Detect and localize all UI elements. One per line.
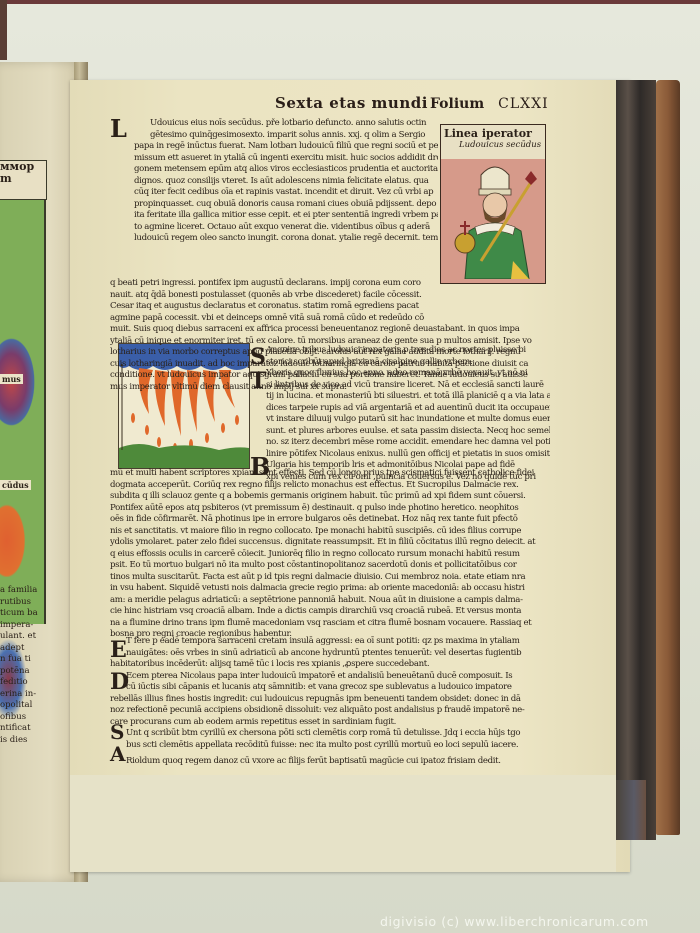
text-line: cūq iter fecit cedibus oīa et rapinis va…: [134, 187, 438, 199]
left-label-2: mus: [0, 374, 23, 384]
text-line: a familia: [0, 585, 40, 597]
running-head: Sexta etas mundi: [275, 94, 428, 112]
text-line: Yberis quoq fluuius hoc anno. adeo roman…: [266, 368, 550, 380]
folio-number: CLXXI: [498, 96, 548, 112]
text-line: rutibus: [0, 597, 40, 609]
text-line: ticum ba: [0, 608, 40, 620]
left-caption-line: ммор: [0, 161, 46, 173]
text-line: nis et sanctitatis. vt maiore filio in r…: [110, 526, 550, 538]
text-block-ludovicus: Udouicus eius noīs secūdus. pře lotbario…: [134, 118, 438, 245]
text-line: tij in lucina. et monasteriū bti siluest…: [266, 391, 550, 403]
text-line: fedıtio: [0, 677, 40, 689]
text-line: dignos. quoz consilijs vteret. Is aūt ad…: [134, 176, 438, 188]
text-line: nauit. atq q̄dā bonesti postulasset (quo…: [110, 290, 438, 302]
text-line: nauigātes: oēs vrbes in sinū adriaticū a…: [110, 648, 550, 660]
text-line: Pontifex aūtē epos atq psbiteros (vt pre…: [110, 503, 550, 515]
text-line: cū iūctis sibi cāpanis et lucanis atq sā…: [110, 682, 550, 694]
text-line: Cesar itaq et augustus declaratus et cor…: [110, 301, 438, 313]
text-line: erina in-: [0, 689, 40, 701]
text-line: no. sz iterz decembri mēse rome accidit.…: [266, 437, 550, 449]
text-line: missum ett asueret in ytaliā cū ingenti …: [134, 153, 438, 165]
text-line: linire pōtifex Nicolaus enixus. nullū ge…: [266, 449, 550, 461]
text-line: potēna: [0, 666, 40, 678]
text-line: cie hinc histriam vsq croaciā albam. Ind…: [110, 606, 550, 618]
text-line: dogmata acceperūt. Coriūq rex regno fili…: [110, 480, 550, 492]
leather-cover-edge: [656, 80, 680, 835]
text-line: vt instare diluuij vulgo putarū sit hac …: [266, 414, 550, 426]
folio-heading: FoliumCLXXI: [430, 96, 549, 112]
left-page-text: a familia rutibus ticum ba impera- ulant…: [0, 585, 40, 746]
text-line: gētesimo quinq̄gesimosexto. imparit solu…: [134, 130, 438, 142]
page-fore-edge-lower: [616, 780, 646, 840]
text-line: sunt. et plures arbores euulse. et sata …: [266, 426, 550, 438]
folio-label: Folium: [430, 96, 484, 112]
text-line: oēs in fide cōfirmarēt. Nā photinus ipe …: [110, 514, 550, 526]
text-line: gonem metensem epūm atq alios viros eccl…: [134, 164, 438, 176]
text-line: agmine papā cocessit. vbi et deinceps om…: [110, 313, 438, 325]
left-label-3: cūdus: [0, 480, 31, 490]
text-line: ludouicū regem oleo sancto inungit. coro…: [134, 233, 438, 245]
text-line: ulant. et: [0, 631, 40, 643]
text-line: q eius effossis oculis in carcerē cōieci…: [110, 549, 550, 561]
text-line: muit. Suis quoq diebus sarraceni ex affr…: [110, 324, 550, 336]
text-line: ydolis ymolaret. pater zelo fidei succen…: [110, 537, 550, 549]
text-line: n fua ti: [0, 654, 40, 666]
text-line: subdita q illi sclauoz gente q a bobemis…: [110, 491, 550, 503]
text-line: si lintribus de vico ad vicū transire li…: [266, 380, 550, 392]
text-line: propinquasset. cuq obuiā donoris causa r…: [134, 199, 438, 211]
emperor-caption: Linea iperator Ludouicus secūdus: [441, 125, 545, 159]
text-line: Anguine tribus ludouici impatoris p tres…: [266, 345, 550, 357]
text-line: ita feritate illa gallica mitior esse ce…: [134, 210, 438, 222]
left-caption-box: ммор m: [0, 160, 47, 200]
left-page-illustration: teraus mus cūdus: [0, 162, 46, 624]
text-line: q beati petri ingressi. pontifex ipm aug…: [110, 278, 438, 290]
emperor-name: Ludouicus secūdus: [441, 140, 545, 150]
text-line: ofibus: [0, 712, 40, 724]
text-line: habitatoribus incēderūt: alijsq tamē tūc…: [110, 659, 550, 671]
text-line: is dies: [0, 735, 40, 747]
text-line: impera-: [0, 620, 40, 632]
text-line: adept: [0, 643, 40, 655]
text-line: noz refectionē pecuniā accipiens obsidio…: [110, 705, 550, 717]
emperor-lineage-title: Linea iperator: [441, 125, 545, 140]
text-line: Rioldum quoq regem danoz cū vxore ac fil…: [110, 756, 550, 768]
left-figure-portrait-2: [0, 487, 34, 577]
text-line: Ecem pterea Nicolaus papa inter ludouicū…: [110, 671, 550, 683]
text-line: psit. Eo tū mortuo bulgari nō ita multo …: [110, 560, 550, 572]
text-line: papa in regē inūctus fuerat. Nam lotbarı…: [134, 141, 438, 153]
text-line: care procurans cum ab eodem armis repeti…: [110, 717, 550, 729]
emperor-figure-icon: [451, 161, 539, 279]
left-cloth-edge: [0, 0, 7, 60]
text-block-blood-rain-tiber: Anguine tribus ludouici impatoris p tres…: [266, 345, 550, 483]
text-line: storici scribūt apud brixianā cisalpine …: [266, 357, 550, 369]
text-block-bulgaria-dalmatia: mū et multi habent scriptores xpiani sun…: [110, 468, 550, 641]
text-line: na a flumine drino trans ipm flumē maced…: [110, 618, 550, 630]
text-line: bus scti clemētis appellata recōditū fui…: [110, 740, 550, 752]
emperor-portrait: Linea iperator Ludouicus secūdus: [440, 124, 546, 284]
text-line: rebellās illius fines hostis ingredit: c…: [110, 694, 550, 706]
text-block-saracens-cyril: T fere p eadē tempora sarraceni cretam i…: [110, 636, 550, 768]
left-caption-line: m: [0, 173, 46, 185]
text-line: opolital: [0, 700, 40, 712]
top-cloth-edge: [0, 0, 700, 4]
text-line: dices tarpeie rupis ad viā argentariā et…: [266, 403, 550, 415]
text-line: T fere p eadē tempora sarraceni cretam i…: [110, 636, 550, 648]
text-line: am: a meridie pelagus adriaticū: a septē…: [110, 595, 550, 607]
text-line: Udouicus eius noīs secūdus. pře lotbario…: [134, 118, 438, 130]
right-page-lower-margin: [70, 775, 616, 872]
copyright-watermark: digivisio (c) www.liberchronicarum.com: [380, 914, 649, 929]
text-line: mū et multi habent scriptores xpiani sun…: [110, 468, 550, 480]
drop-cap-L: L: [110, 114, 127, 143]
text-line: in vsu habent. Siquidē vetusti nois dalm…: [110, 583, 550, 595]
page-fore-edge: [616, 80, 656, 840]
text-line: Unt q scribūt btm cyrillū ex chersona pō…: [110, 728, 550, 740]
text-line: to agmine liceret. Octauo aūt exquo vene…: [134, 222, 438, 234]
text-line: tinos multa suscitarūt. Facta est aūt p …: [110, 572, 550, 584]
text-line: ntificat: [0, 723, 40, 735]
